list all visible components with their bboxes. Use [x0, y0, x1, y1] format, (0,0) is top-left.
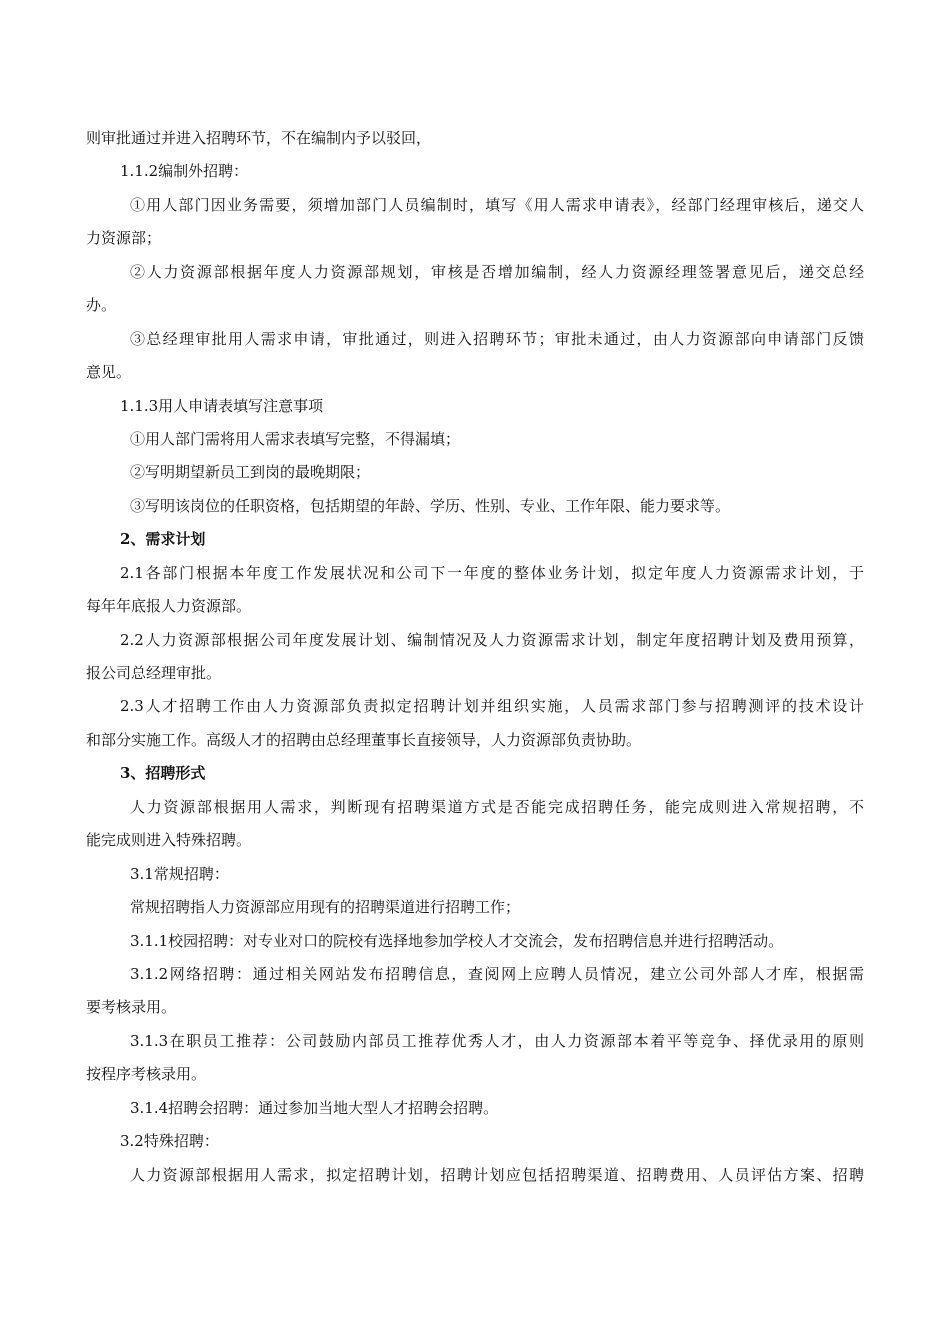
doc-line: 3.2特殊招聘：: [86, 1125, 864, 1158]
doc-line: 1.1.3用人申请表填写注意事项: [86, 390, 864, 423]
doc-line: 1.1.2编制外招聘：: [86, 155, 864, 188]
doc-line: 3.1.3在职员工推荐：公司鼓励内部员工推荐优秀人才，由人力资源部本着平等竞争、…: [86, 1025, 864, 1058]
doc-line: 3.1.4招聘会招聘：通过参加当地大型人才招聘会招聘。: [86, 1092, 864, 1125]
doc-line: ①用人部门需将用人需求表填写完整，不得漏填；: [86, 423, 864, 456]
doc-line: 人力资源部根据用人需求，判断现有招聘渠道方式是否能完成招聘任务，能完成则进入常规…: [86, 791, 864, 824]
doc-line: 3.1.1校园招聘：对专业对口的院校有选择地参加学校人才交流会，发布招聘信息并进…: [86, 925, 864, 958]
doc-line: 每年年底报人力资源部。: [86, 590, 864, 623]
doc-line: ②写明期望新员工到岗的最晚期限；: [86, 456, 864, 489]
doc-line: 3.1.2网络招聘：通过相关网站发布招聘信息，查阅网上应聘人员情况，建立公司外部…: [86, 958, 864, 991]
doc-line: 2.1各部门根据本年度工作发展状况和公司下一年度的整体业务计划，拟定年度人力资源…: [86, 557, 864, 590]
doc-line: ②人力资源部根据年度人力资源部规划，审核是否增加编制，经人力资源经理签署意见后，…: [86, 256, 864, 289]
doc-line: 报公司总经理审批。: [86, 657, 864, 690]
section-heading: 3、招聘形式: [86, 757, 864, 790]
doc-line: ③写明该岗位的任职资格，包括期望的年龄、学历、性别、专业、工作年限、能力要求等。: [86, 490, 864, 523]
doc-line: 2.3人才招聘工作由人力资源部负责拟定招聘计划并组织实施，人员需求部门参与招聘测…: [86, 690, 864, 723]
doc-line: 能完成则进入特殊招聘。: [86, 824, 864, 857]
document-page: 则审批通过并进入招聘环节，不在编制内予以驳回， 1.1.2编制外招聘： ①用人部…: [86, 122, 864, 1192]
doc-line: 办。: [86, 289, 864, 322]
doc-line: 人力资源部根据用人需求，拟定招聘计划，招聘计划应包括招聘渠道、招聘费用、人员评估…: [86, 1159, 864, 1192]
doc-line: ①用人部门因业务需要，须增加部门人员编制时，填写《用人需求申请表》，经部门经理审…: [86, 189, 864, 222]
doc-line: 2.2人力资源部根据公司年度发展计划、编制情况及人力资源需求计划，制定年度招聘计…: [86, 624, 864, 657]
doc-line: 按程序考核录用。: [86, 1058, 864, 1091]
doc-line: 要考核录用。: [86, 991, 864, 1024]
doc-line: 意见。: [86, 356, 864, 389]
doc-line: 力资源部；: [86, 222, 864, 255]
doc-line: 则审批通过并进入招聘环节，不在编制内予以驳回，: [86, 122, 864, 155]
doc-line: 和部分实施工作。高级人才的招聘由总经理董事长直接领导，人力资源部负责协助。: [86, 724, 864, 757]
doc-line: 3.1常规招聘：: [86, 858, 864, 891]
doc-line: ③总经理审批用人需求申请，审批通过，则进入招聘环节；审批未通过，由人力资源部向申…: [86, 323, 864, 356]
section-heading: 2、需求计划: [86, 523, 864, 556]
doc-line: 常规招聘指人力资源部应用现有的招聘渠道进行招聘工作；: [86, 891, 864, 924]
